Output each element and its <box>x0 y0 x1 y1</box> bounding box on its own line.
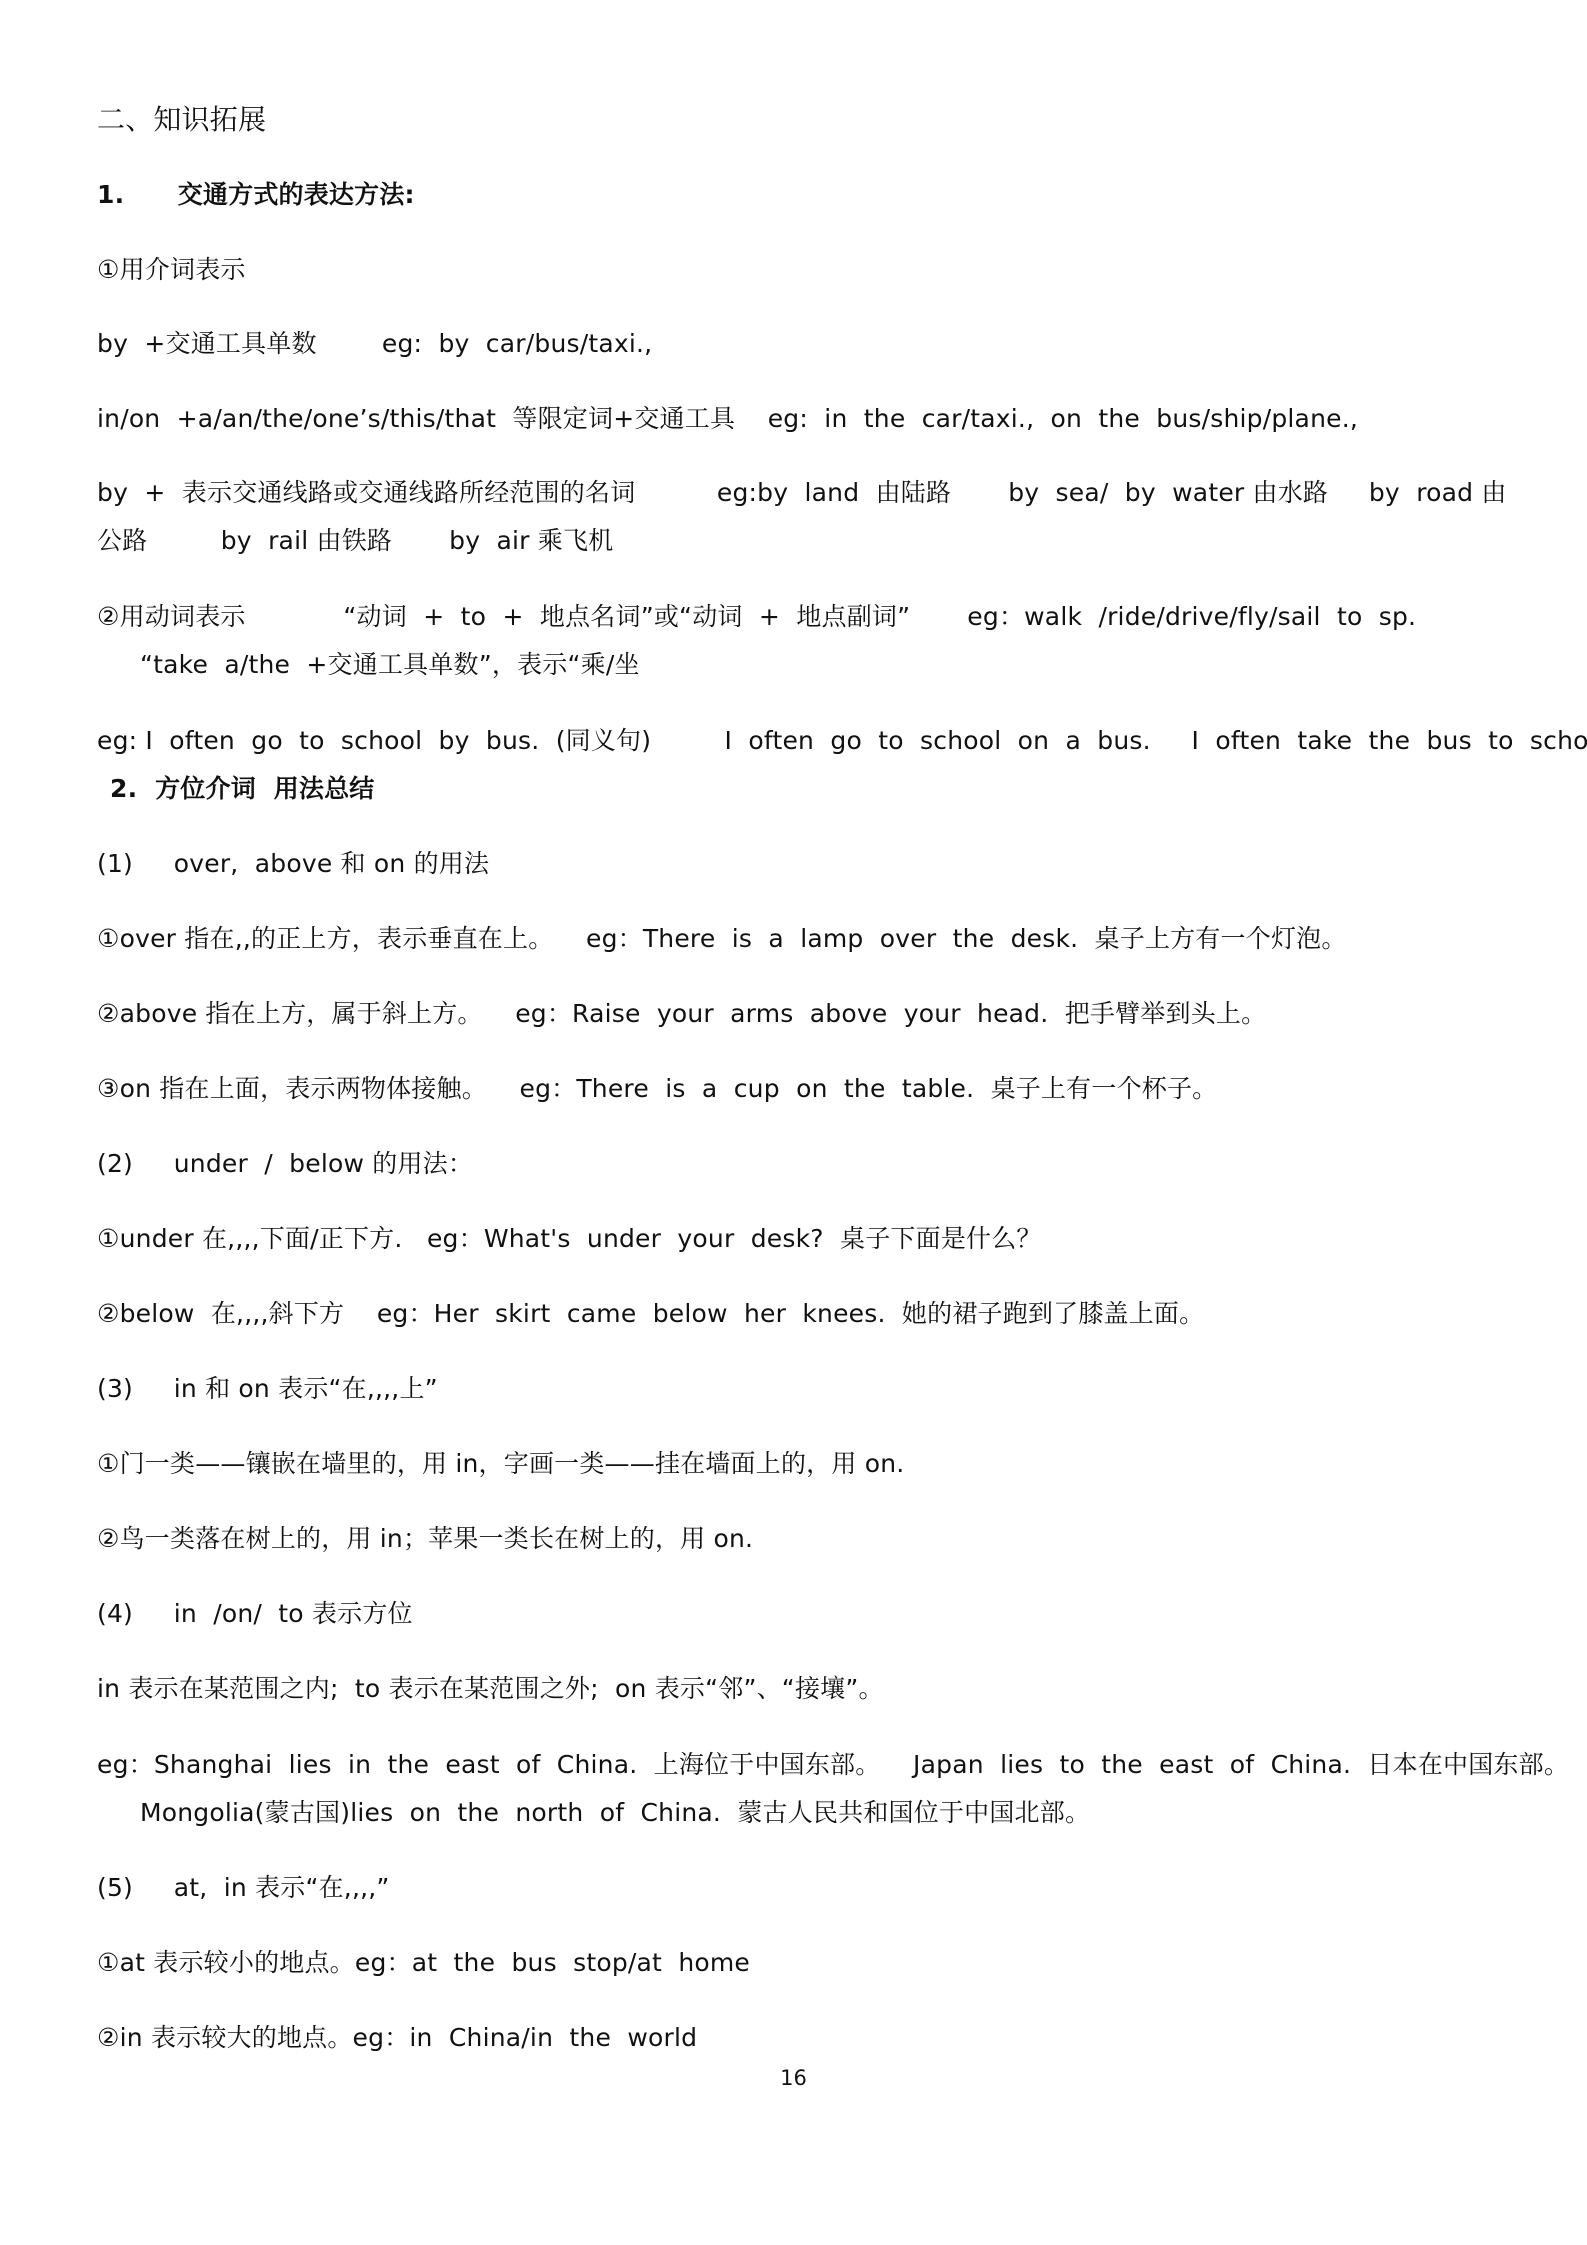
section-title: 二、知识拓展 <box>97 103 266 137</box>
part2-heading: 2. 方位介词 用法总结 <box>110 772 375 806</box>
part2-s2-item-2: ②below 在,,,,斜下方 eg：Her skirt came below … <box>97 1297 1204 1331</box>
part2-s2-item-1: ①under 在,,,,下面/正下方. eg：What's under your… <box>97 1222 1042 1256</box>
part1-example: eg: I often go to school by bus. (同义句) I… <box>97 724 1587 758</box>
part1-sub1-title: ①用介词表示 <box>97 253 246 287</box>
part2-s5-title: (5) at, in 表示“在,,,,” <box>97 1871 390 1905</box>
part1-line-route-2: 公路 by rail 由铁路 by air 乘飞机 <box>97 524 613 558</box>
part1-sub2-title: ②用动词表示 “动词 + to + 地点名词”或“动词 + 地点副词” eg：w… <box>97 600 1416 634</box>
part2-s5-item-1: ①at 表示较小的地点。eg：at the bus stop/at home <box>97 1946 750 1980</box>
part2-s5-item-2: ②in 表示较大的地点。eg：in China/in the world <box>97 2021 697 2055</box>
part1-sub2-line2: “take a/the +交通工具单数”，表示“乘/坐 <box>140 648 640 682</box>
part1-line-inon: in/on +a/an/the/one’s/this/that 等限定词+交通工… <box>97 402 1358 436</box>
part2-s1-item-1: ①over 指在,,的正上方，表示垂直在上。 eg：There is a lam… <box>97 922 1347 956</box>
part2-s1-title: (1) over, above 和 on 的用法 <box>97 847 489 881</box>
part2-s4-example-1: eg：Shanghai lies in the east of China. 上… <box>97 1748 1569 1782</box>
part2-s4-desc: in 表示在某范围之内; to 表示在某范围之外; on 表示“邻”、“接壤”。 <box>97 1672 884 1706</box>
part1-line-route-1: by + 表示交通线路或交通线路所经范围的名词 eg:by land 由陆路 b… <box>97 476 1507 510</box>
part2-s4-title: (4) in /on/ to 表示方位 <box>97 1597 413 1631</box>
page-number: 16 <box>0 2066 1587 2090</box>
part2-s3-title: (3) in 和 on 表示“在,,,,上” <box>97 1372 438 1406</box>
part1-line-by: by +交通工具单数 eg: by car/bus/taxi., <box>97 327 652 361</box>
part2-s1-item-3: ③on 指在上面，表示两物体接触。 eg：There is a cup on t… <box>97 1072 1217 1106</box>
part2-s3-item-1: ①门一类——镶嵌在墙里的，用 in，字画一类——挂在墙面上的，用 on. <box>97 1447 904 1481</box>
part1-heading: 1. 交通方式的表达方法: <box>97 178 415 212</box>
part2-s2-title: (2) under / below 的用法： <box>97 1147 473 1181</box>
part2-s4-example-2: Mongolia(蒙古国)lies on the north of China.… <box>140 1796 1090 1830</box>
part2-s3-item-2: ②鸟一类落在树上的，用 in；苹果一类长在树上的，用 on. <box>97 1522 753 1556</box>
part2-s1-item-2: ②above 指在上方，属于斜上方。 eg：Raise your arms ab… <box>97 997 1266 1031</box>
